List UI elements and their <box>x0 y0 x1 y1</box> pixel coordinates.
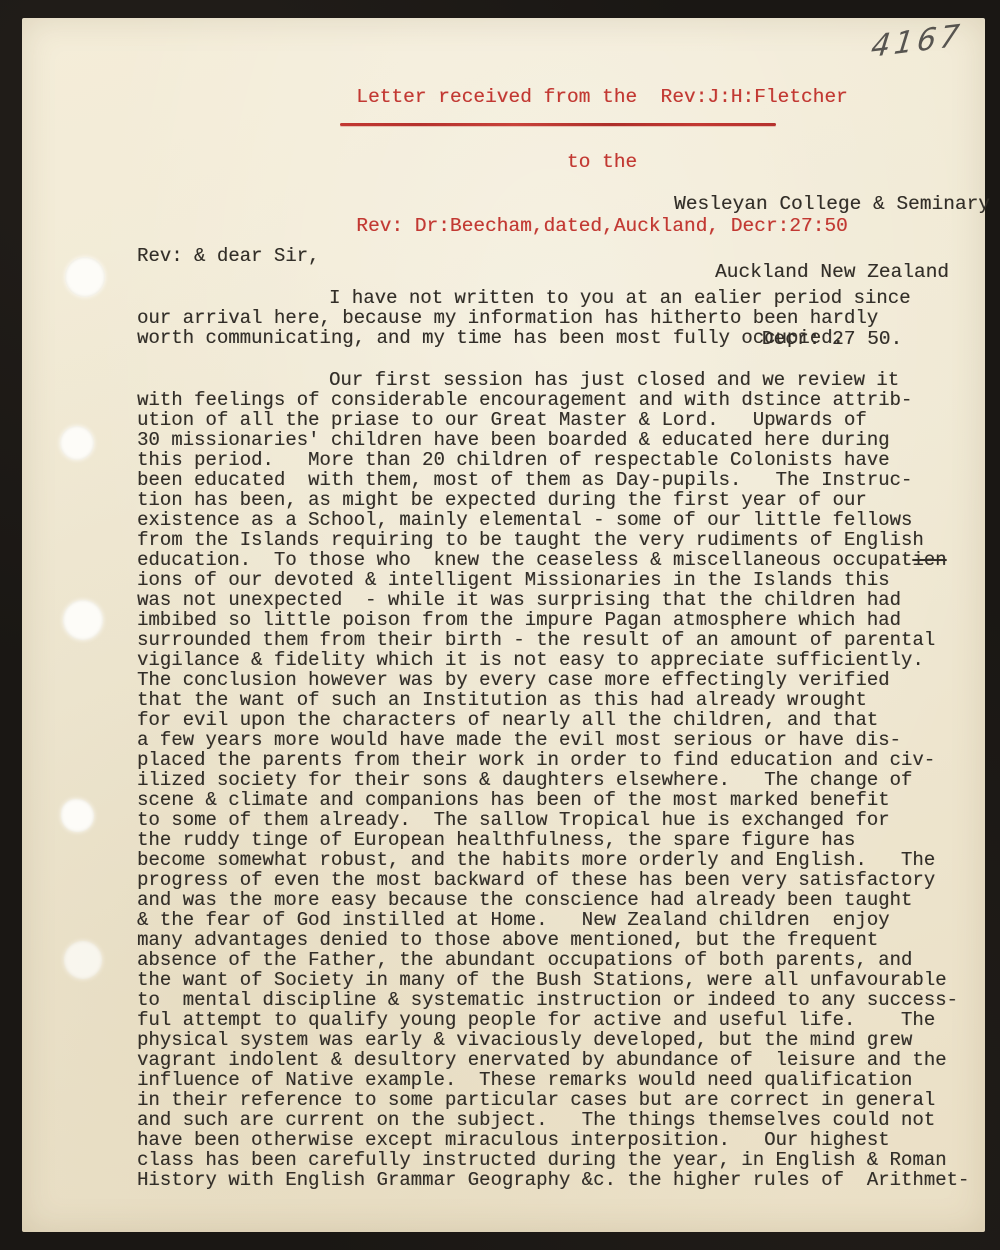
letter-line: from the Islands requiring to be taught … <box>137 530 979 550</box>
letter-line: vigilance & fidelity which it is not eas… <box>137 650 979 670</box>
paragraph: I have not written to you at an ealier p… <box>137 288 979 348</box>
letter-line: I have not written to you at an ealier p… <box>137 288 979 308</box>
letter-line: vagrant indolent & desultory enervated b… <box>137 1050 979 1070</box>
address-line-city: Auckland New Zealand <box>662 261 1000 284</box>
scan-background: { "annotation": { "page_number": "4167" … <box>0 0 1000 1250</box>
letter-line: class has been carefully instructed duri… <box>137 1150 979 1170</box>
letter-line: imbibed so little poison from the impure… <box>137 610 979 630</box>
letter-line: was not unexpected - while it was surpri… <box>137 590 979 610</box>
letter-line: for evil upon the characters of nearly a… <box>137 710 979 730</box>
letter-line: Our first session has just closed and we… <box>137 370 979 390</box>
letter-line: placed the parents from their work in or… <box>137 750 979 770</box>
punch-hole <box>64 941 102 979</box>
letter-line: absence of the Father, the abundant occu… <box>137 950 979 970</box>
letter-line: in their reference to some particular ca… <box>137 1090 979 1110</box>
letter-line: that the want of such an Institution as … <box>137 690 979 710</box>
letter-line: with feelings of considerable encouragem… <box>137 390 979 410</box>
letter-line: have been otherwise except miraculous in… <box>137 1130 979 1150</box>
letter-page: 4167 Letter received from the Rev:J:H:Fl… <box>22 18 985 1232</box>
salutation: Rev: & dear Sir, <box>137 245 319 267</box>
letter-line: progress of even the most backward of th… <box>137 870 979 890</box>
letter-line: many advantages denied to those above me… <box>137 930 979 950</box>
letter-line: surrounded them from their birth - the r… <box>137 630 979 650</box>
header-underline <box>340 123 776 126</box>
header-line-1: Letter received from the Rev:J:H:Fletche… <box>322 87 882 109</box>
paragraph: Our first session has just closed and we… <box>137 370 979 1190</box>
letter-line: physical system was early & vivaciously … <box>137 1030 979 1050</box>
letter-line: History with English Grammar Geography &… <box>137 1170 979 1190</box>
letter-line: ution of all the priase to our Great Mas… <box>137 410 979 430</box>
letter-line: & the fear of God instilled at Home. New… <box>137 910 979 930</box>
handwritten-page-number: 4167 <box>869 18 965 65</box>
letter-line: the ruddy tinge of European healthfulnes… <box>137 830 979 850</box>
letter-line: ful attempt to qualify young people for … <box>137 1010 979 1030</box>
letter-line: this period. More than 20 children of re… <box>137 450 979 470</box>
letter-line: to mental discipline & systematic instru… <box>137 990 979 1010</box>
letter-line: tion has been, as might be expected duri… <box>137 490 979 510</box>
letter-line: education. To those who knew the ceasele… <box>137 550 979 570</box>
letter-line: worth communicating, and my time has bee… <box>137 328 979 348</box>
letter-line: and was the more easy because the consci… <box>137 890 979 910</box>
letter-line: existence as a School, mainly elemental … <box>137 510 979 530</box>
address-line-college: Wesleyan College & Seminary <box>662 193 1000 216</box>
letter-line: a few years more would have made the evi… <box>137 730 979 750</box>
punch-hole <box>63 600 103 640</box>
letter-line: the want of Society in many of the Bush … <box>137 970 979 990</box>
letter-line: 30 missionaries' children have been boar… <box>137 430 979 450</box>
letter-line: influence of Native example. These remar… <box>137 1070 979 1090</box>
letter-line: our arrival here, because my information… <box>137 308 979 328</box>
punch-hole <box>65 257 105 297</box>
letter-line: The conclusion however was by every case… <box>137 670 979 690</box>
letter-line: to some of them already. The sallow Trop… <box>137 810 979 830</box>
letter-line: scene & climate and companions has been … <box>137 790 979 810</box>
letter-line: become somewhat robust, and the habits m… <box>137 850 979 870</box>
letter-line: ions of our devoted & intelligent Missio… <box>137 570 979 590</box>
letter-line: and such are current on the subject. The… <box>137 1110 979 1130</box>
punch-hole <box>61 799 94 832</box>
punch-hole <box>60 426 94 460</box>
struck-text: ien <box>912 549 946 571</box>
letter-line: been educated with them, most of them as… <box>137 470 979 490</box>
letter-body: I have not written to you at an ealier p… <box>137 288 979 1190</box>
letter-line: ilized society for their sons & daughter… <box>137 770 979 790</box>
